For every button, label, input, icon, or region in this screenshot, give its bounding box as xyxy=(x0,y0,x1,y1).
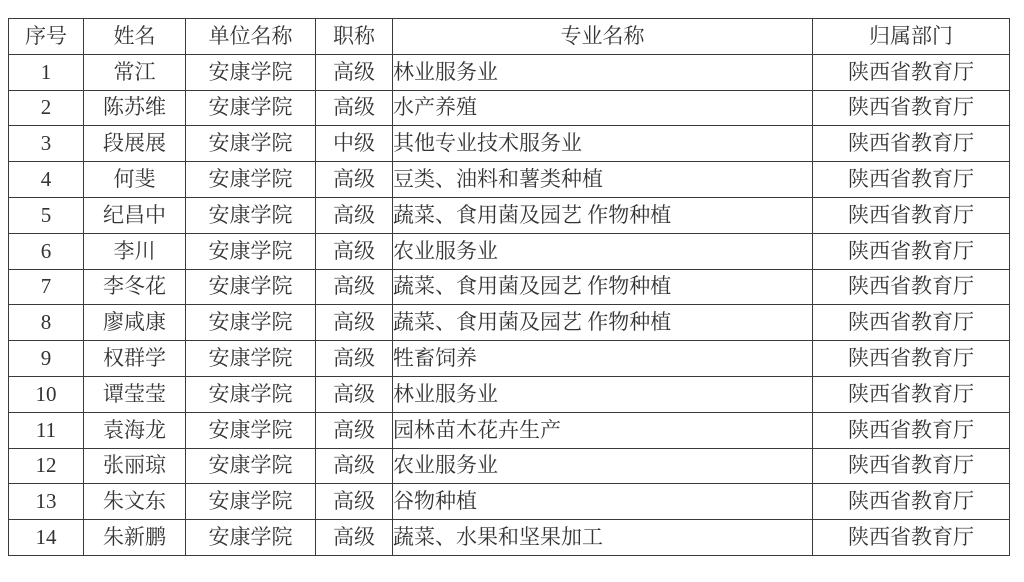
table-row: 12张丽琼安康学院高级农业服务业陕西省教育厅 xyxy=(9,448,1010,484)
column-header-title: 职称 xyxy=(316,19,393,55)
cell-title: 高级 xyxy=(316,484,393,520)
cell-specialty: 水产养殖 xyxy=(393,90,813,126)
page: 序号姓名单位名称职称专业名称归属部门 1常江安康学院高级林业服务业陕西省教育厅2… xyxy=(0,0,1024,582)
cell-department: 陕西省教育厅 xyxy=(813,233,1010,269)
cell-unit: 安康学院 xyxy=(186,376,316,412)
cell-unit: 安康学院 xyxy=(186,233,316,269)
table-row: 8廖咸康安康学院高级蔬菜、食用菌及园艺 作物种植陕西省教育厅 xyxy=(9,305,1010,341)
cell-title: 高级 xyxy=(316,197,393,233)
table-body: 1常江安康学院高级林业服务业陕西省教育厅2陈苏维安康学院高级水产养殖陕西省教育厅… xyxy=(9,54,1010,555)
cell-no: 1 xyxy=(9,54,84,90)
table-row: 13朱文东安康学院高级谷物种植陕西省教育厅 xyxy=(9,484,1010,520)
cell-title: 高级 xyxy=(316,269,393,305)
cell-no: 11 xyxy=(9,412,84,448)
cell-unit: 安康学院 xyxy=(186,448,316,484)
table-row: 14朱新鹏安康学院高级蔬菜、水果和坚果加工陕西省教育厅 xyxy=(9,520,1010,556)
cell-title: 高级 xyxy=(316,305,393,341)
cell-unit: 安康学院 xyxy=(186,484,316,520)
cell-specialty: 蔬菜、食用菌及园艺 作物种植 xyxy=(393,197,813,233)
cell-department: 陕西省教育厅 xyxy=(813,376,1010,412)
cell-name: 李川 xyxy=(84,233,186,269)
cell-no: 6 xyxy=(9,233,84,269)
cell-department: 陕西省教育厅 xyxy=(813,162,1010,198)
cell-unit: 安康学院 xyxy=(186,341,316,377)
cell-title: 高级 xyxy=(316,520,393,556)
cell-specialty: 其他专业技术服务业 xyxy=(393,126,813,162)
cell-specialty: 蔬菜、食用菌及园艺 作物种植 xyxy=(393,269,813,305)
cell-title: 高级 xyxy=(316,376,393,412)
cell-no: 13 xyxy=(9,484,84,520)
cell-specialty: 蔬菜、食用菌及园艺 作物种植 xyxy=(393,305,813,341)
cell-no: 3 xyxy=(9,126,84,162)
cell-specialty: 谷物种植 xyxy=(393,484,813,520)
table-row: 6李川安康学院高级农业服务业陕西省教育厅 xyxy=(9,233,1010,269)
table-row: 11袁海龙安康学院高级园林苗木花卉生产陕西省教育厅 xyxy=(9,412,1010,448)
column-header-name: 姓名 xyxy=(84,19,186,55)
cell-department: 陕西省教育厅 xyxy=(813,90,1010,126)
cell-title: 高级 xyxy=(316,448,393,484)
cell-name: 常江 xyxy=(84,54,186,90)
cell-unit: 安康学院 xyxy=(186,412,316,448)
cell-department: 陕西省教育厅 xyxy=(813,197,1010,233)
table-header-row: 序号姓名单位名称职称专业名称归属部门 xyxy=(9,19,1010,55)
table-row: 4何斐安康学院高级豆类、油料和薯类种植陕西省教育厅 xyxy=(9,162,1010,198)
cell-specialty: 园林苗木花卉生产 xyxy=(393,412,813,448)
cell-name: 李冬花 xyxy=(84,269,186,305)
cell-unit: 安康学院 xyxy=(186,197,316,233)
cell-name: 廖咸康 xyxy=(84,305,186,341)
cell-department: 陕西省教育厅 xyxy=(813,54,1010,90)
cell-department: 陕西省教育厅 xyxy=(813,269,1010,305)
cell-department: 陕西省教育厅 xyxy=(813,126,1010,162)
cell-specialty: 林业服务业 xyxy=(393,376,813,412)
column-header-specialty: 专业名称 xyxy=(393,19,813,55)
cell-unit: 安康学院 xyxy=(186,520,316,556)
cell-department: 陕西省教育厅 xyxy=(813,520,1010,556)
table-row: 3段展展安康学院中级其他专业技术服务业陕西省教育厅 xyxy=(9,126,1010,162)
cell-title: 高级 xyxy=(316,341,393,377)
column-header-department: 归属部门 xyxy=(813,19,1010,55)
cell-name: 张丽琼 xyxy=(84,448,186,484)
table-row: 9权群学安康学院高级牲畜饲养陕西省教育厅 xyxy=(9,341,1010,377)
cell-no: 5 xyxy=(9,197,84,233)
column-header-unit: 单位名称 xyxy=(186,19,316,55)
cell-name: 朱文东 xyxy=(84,484,186,520)
table-row: 1常江安康学院高级林业服务业陕西省教育厅 xyxy=(9,54,1010,90)
cell-no: 10 xyxy=(9,376,84,412)
cell-unit: 安康学院 xyxy=(186,305,316,341)
column-header-no: 序号 xyxy=(9,19,84,55)
cell-specialty: 豆类、油料和薯类种植 xyxy=(393,162,813,198)
cell-no: 4 xyxy=(9,162,84,198)
cell-name: 陈苏维 xyxy=(84,90,186,126)
cell-no: 2 xyxy=(9,90,84,126)
cell-specialty: 林业服务业 xyxy=(393,54,813,90)
cell-name: 朱新鹏 xyxy=(84,520,186,556)
cell-specialty: 农业服务业 xyxy=(393,448,813,484)
cell-title: 高级 xyxy=(316,412,393,448)
cell-no: 9 xyxy=(9,341,84,377)
table-row: 5纪昌中安康学院高级蔬菜、食用菌及园艺 作物种植陕西省教育厅 xyxy=(9,197,1010,233)
cell-department: 陕西省教育厅 xyxy=(813,341,1010,377)
cell-specialty: 农业服务业 xyxy=(393,233,813,269)
table-row: 10谭莹莹安康学院高级林业服务业陕西省教育厅 xyxy=(9,376,1010,412)
cell-name: 袁海龙 xyxy=(84,412,186,448)
cell-unit: 安康学院 xyxy=(186,162,316,198)
cell-specialty: 蔬菜、水果和坚果加工 xyxy=(393,520,813,556)
cell-no: 14 xyxy=(9,520,84,556)
cell-title: 高级 xyxy=(316,90,393,126)
cell-no: 12 xyxy=(9,448,84,484)
cell-name: 段展展 xyxy=(84,126,186,162)
cell-name: 何斐 xyxy=(84,162,186,198)
cell-unit: 安康学院 xyxy=(186,54,316,90)
cell-unit: 安康学院 xyxy=(186,126,316,162)
table-row: 7李冬花安康学院高级蔬菜、食用菌及园艺 作物种植陕西省教育厅 xyxy=(9,269,1010,305)
cell-title: 中级 xyxy=(316,126,393,162)
cell-department: 陕西省教育厅 xyxy=(813,305,1010,341)
cell-specialty: 牲畜饲养 xyxy=(393,341,813,377)
cell-name: 权群学 xyxy=(84,341,186,377)
cell-title: 高级 xyxy=(316,233,393,269)
cell-title: 高级 xyxy=(316,162,393,198)
cell-title: 高级 xyxy=(316,54,393,90)
cell-department: 陕西省教育厅 xyxy=(813,484,1010,520)
cell-no: 8 xyxy=(9,305,84,341)
table-row: 2陈苏维安康学院高级水产养殖陕西省教育厅 xyxy=(9,90,1010,126)
cell-no: 7 xyxy=(9,269,84,305)
cell-unit: 安康学院 xyxy=(186,269,316,305)
cell-department: 陕西省教育厅 xyxy=(813,448,1010,484)
cell-name: 谭莹莹 xyxy=(84,376,186,412)
cell-name: 纪昌中 xyxy=(84,197,186,233)
cell-unit: 安康学院 xyxy=(186,90,316,126)
cell-department: 陕西省教育厅 xyxy=(813,412,1010,448)
personnel-table: 序号姓名单位名称职称专业名称归属部门 1常江安康学院高级林业服务业陕西省教育厅2… xyxy=(8,18,1010,556)
